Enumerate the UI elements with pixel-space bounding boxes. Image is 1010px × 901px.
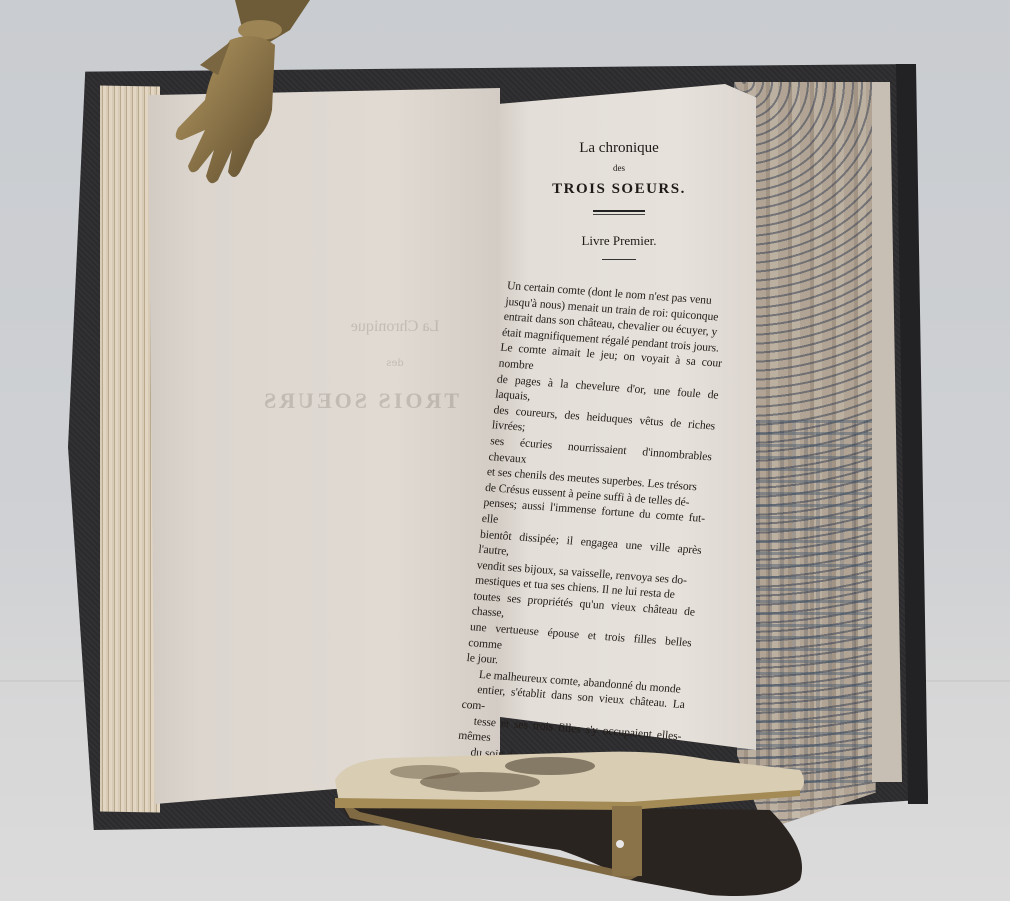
left-page xyxy=(148,88,500,804)
title-rule xyxy=(593,210,645,215)
photo-scene: La Chronique des TROIS SOEURS La chroniq… xyxy=(0,0,1010,901)
section-rule xyxy=(602,259,636,260)
paragraph-1: Un certain comte (dont le nom n'est pas … xyxy=(466,278,730,682)
brass-hand-clip-icon xyxy=(160,0,320,190)
brass-book-stand-icon xyxy=(330,740,830,901)
left-page-showthrough-title: La Chronique xyxy=(265,318,525,336)
chapter-title-line1: La chronique xyxy=(508,140,730,157)
left-page-showthrough-des: des xyxy=(265,358,525,369)
section-heading: Livre Premier. xyxy=(508,233,730,249)
right-page-text: La chronique des TROIS SOEURS. Livre Pre… xyxy=(508,140,730,839)
left-page-showthrough-subtitle: TROIS SOEURS xyxy=(230,388,490,414)
chapter-title-line2: TROIS SOEURS. xyxy=(508,181,730,198)
chapter-title-des: des xyxy=(508,163,730,173)
